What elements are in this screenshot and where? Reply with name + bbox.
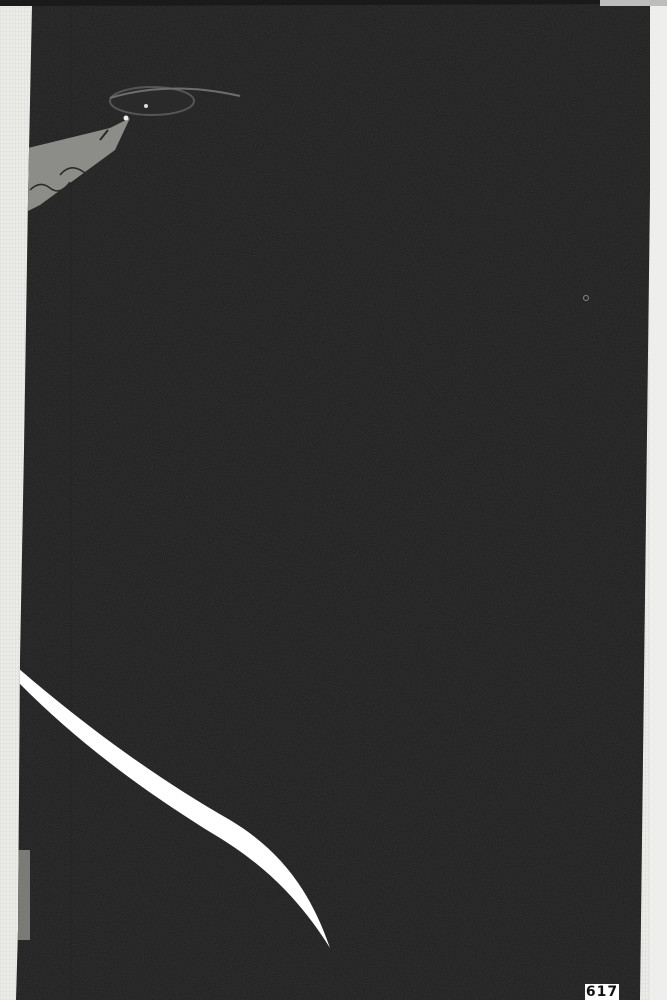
- black-panel: [0, 0, 667, 1000]
- page-number: 617: [585, 984, 619, 1000]
- eye-shape: [110, 87, 194, 115]
